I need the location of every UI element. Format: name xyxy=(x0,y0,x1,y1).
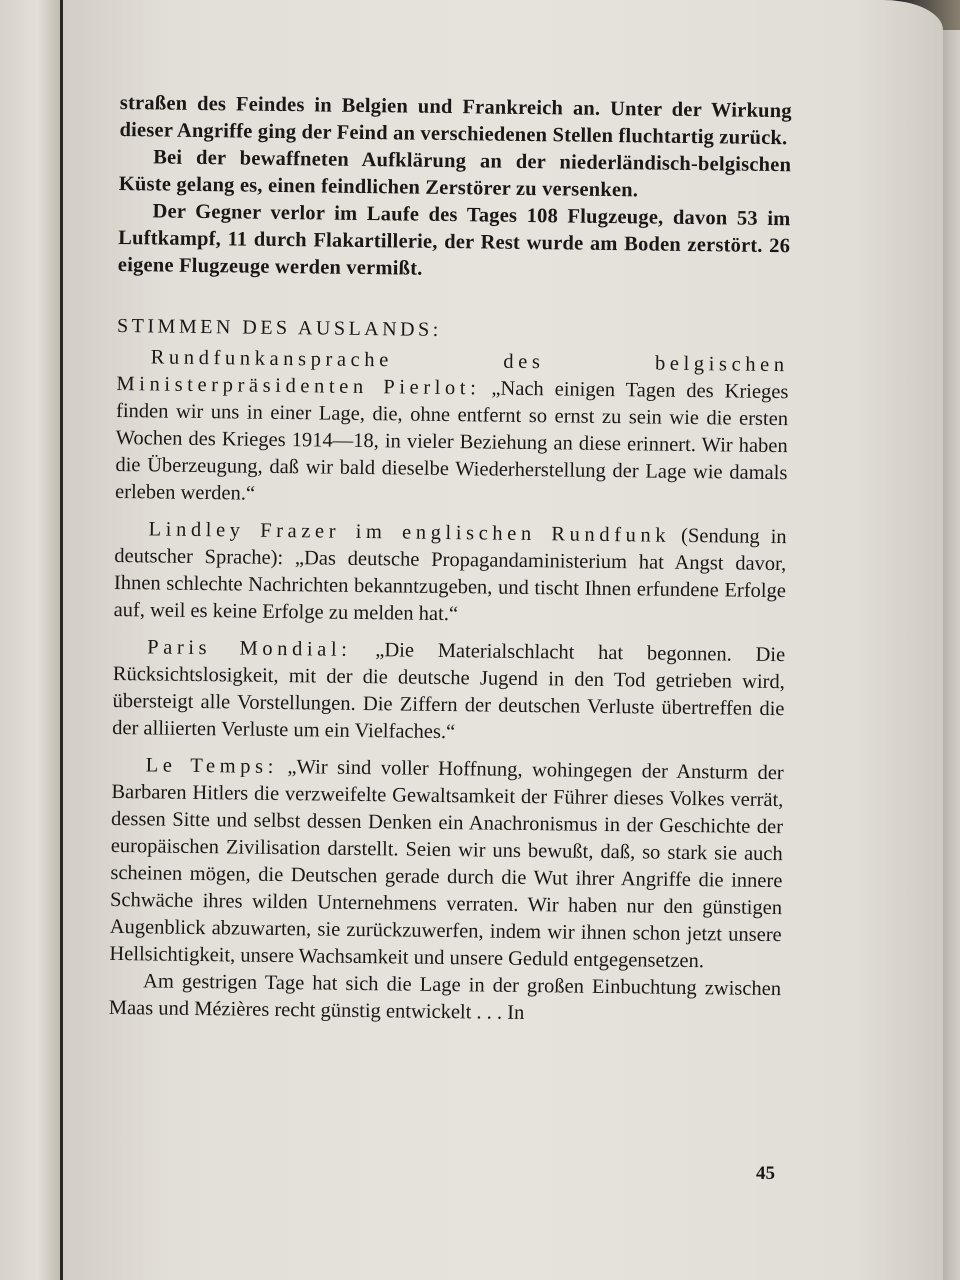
quote-source: Lindley Frazer im englischen Rundfunk xyxy=(148,518,670,546)
quote-text: „Wir sind voller Hoffnung, wohingegen de… xyxy=(109,756,784,972)
page-number: 45 xyxy=(756,1163,775,1185)
report-paragraph-3: Der Gegner verlor im Laufe des Tages 108… xyxy=(118,198,791,287)
report-paragraph-2: Bei der bewaffneten Aufklärung an der ni… xyxy=(119,144,792,206)
quote-source: Paris Mondial: xyxy=(147,636,352,660)
facing-page-edge xyxy=(0,0,62,1280)
quote-paris-mondial: Paris Mondial: „Die Materialschlacht hat… xyxy=(112,634,785,750)
quote-le-temps: Le Temps: „Wir sind voller Hoffnung, woh… xyxy=(109,752,784,976)
page-stack-edge xyxy=(943,30,960,1280)
closing-paragraph: Am gestrigen Tage hat sich die Lage in d… xyxy=(109,968,782,1030)
report-paragraph-1: straßen des Feindes in Belgien und Frank… xyxy=(119,90,792,152)
page-text: straßen des Feindes in Belgien und Frank… xyxy=(109,90,792,1030)
section-heading: STIMMEN DES AUSLANDS: xyxy=(117,313,789,348)
quote-pierlot: Rundfunkansprache des belgischen Ministe… xyxy=(115,344,789,514)
quote-source: Le Temps: xyxy=(146,754,278,778)
book-spine xyxy=(60,0,63,1280)
quote-frazer: Lindley Frazer im englischen Rundfunk (S… xyxy=(113,516,786,632)
